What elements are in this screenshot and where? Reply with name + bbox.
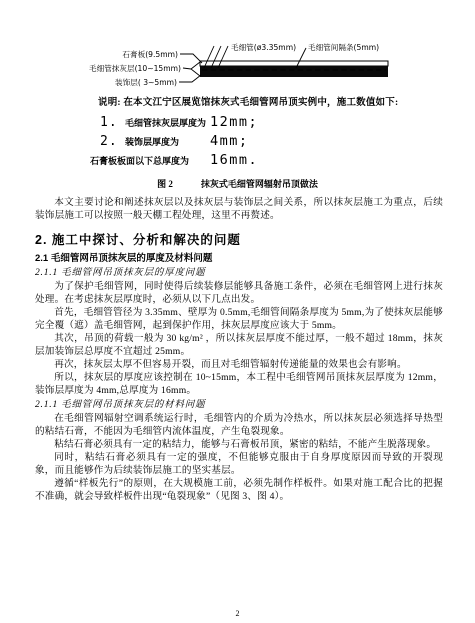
paragraph: 为了保护毛细管网，同时使得后续装修层能够具备施工条件，必须在毛细管网上进行抹灰处…: [35, 280, 443, 306]
spec-value: 4mm;: [210, 133, 249, 149]
label-capillary-tube: 毛细管(ø3.35mm): [231, 42, 296, 52]
leader-plaster-layer: [183, 68, 191, 69]
note-title: 说明: 在本文江宁区展览馆抹灰式毛细管网吊顶实例中，施工数值如下:: [98, 97, 420, 110]
paragraph: 同时，粘结石膏必须具有一定的强度，不但能够克服由于自身厚度原因而导致的开裂现象，…: [35, 451, 443, 477]
spec-row-decor-thickness: 2. 装饰层厚度为 4mm;: [90, 133, 420, 148]
paragraph: 遵循“样板先行”的原则，在大规模施工前，必须先制作样板件。如果对施工配合比的把握…: [35, 477, 443, 503]
spec-value: 16mm.: [210, 152, 258, 168]
spec-number: 2.: [100, 134, 125, 149]
label-plaster-layer: 毛细管抹灰层(10~15mm): [89, 63, 181, 73]
label-gypsum-board: 石膏板(9.5mm): [122, 49, 178, 59]
page-number: 2: [0, 609, 475, 618]
paragraph: 再次，抹灰层太厚不但容易开裂，而且对毛细管辐射传递能量的效果也会有影响。: [35, 358, 443, 371]
spec-label: 石膏板板面以下总厚度为: [90, 154, 210, 167]
leader-gypsum-board: [180, 54, 202, 63]
spec-label: 装饰层厚度为: [125, 135, 210, 148]
figure-note: 说明: 在本文江宁区展览馆抹灰式毛细管网吊顶实例中，施工数值如下: 1. 毛细管…: [90, 97, 420, 167]
strip-left-taper: [191, 62, 200, 76]
leader-decor-layer: [179, 75, 201, 82]
spec-row-plaster-thickness: 1. 毛细管抹灰层厚度为 12mm;: [90, 114, 420, 129]
paragraph: 首先，毛细管管径为 3.35mm、壁厚为 0.5mm,毛细管间隔条厚度为 5mm…: [35, 306, 443, 332]
subsection-heading-thickness-and-material: 2.1 毛细管网吊顶抹灰层的厚度及材料问题: [35, 253, 443, 265]
document-body: 本文主要讨论和阐述抹灰层以及抹灰层与装饰层之间关系，所以抹灰层施工为重点，后续装…: [35, 196, 443, 503]
paragraph: 其次，吊顶的荷载一般为 30 kg/m² ，所以抹灰层厚度不能过厚，一般不超过 …: [35, 332, 443, 358]
figure-diagram: 石膏板(9.5mm) 毛细管抹灰层(10~15mm) 装饰层( 3~5mm) 毛…: [0, 38, 475, 100]
paragraph: 所以，抹灰层的厚度应该控制在 10~15mm，本工程中毛细管网吊顶抹灰层厚度为 …: [35, 371, 443, 397]
spec-number: 1.: [100, 115, 125, 130]
document-page: 石膏板(9.5mm) 毛细管抹灰层(10~15mm) 装饰层( 3~5mm) 毛…: [0, 0, 475, 623]
section-heading: 2. 施工中探讨、分析和解决的问题: [35, 230, 443, 248]
label-spacer: 毛细管间隔条(5mm): [308, 42, 379, 52]
subsubsection-heading-material: 2.1.1 毛细管网吊顶抹灰层的材料问题: [35, 399, 443, 411]
figure-caption-title: 抹灰式毛细管网辐射吊顶做法: [201, 177, 318, 190]
subsubsection-heading-thickness: 2.1.1 毛细管网吊顶抹灰层的厚度问题: [35, 267, 443, 279]
paragraph: 在毛细管网辐射空调系统运行时，毛细管内的介质为冷热水，所以抹灰层必须选择导热型的…: [35, 412, 443, 438]
plaster-layer-band: [200, 66, 388, 77]
gypsum-board-layer: [200, 61, 388, 66]
label-decor-layer: 装饰层( 3~5mm): [115, 77, 177, 87]
spec-label: 毛细管抹灰层厚度为: [125, 116, 210, 129]
spec-value: 12mm;: [210, 114, 258, 130]
paragraph-intro: 本文主要讨论和阐述抹灰层以及抹灰层与装饰层之间关系，所以抹灰层施工为重点，后续装…: [35, 196, 443, 222]
paragraph: 粘结石膏必须具有一定的粘结力，能够与石膏板吊顶，紧密的粘结，不能产生脱落现象。: [35, 438, 443, 451]
figure-caption-number: 图 2: [157, 177, 173, 190]
figure-caption: 图 2 抹灰式毛细管网辐射吊顶做法: [0, 177, 475, 190]
spec-row-total-thickness: 石膏板板面以下总厚度为 16mm.: [90, 152, 420, 167]
